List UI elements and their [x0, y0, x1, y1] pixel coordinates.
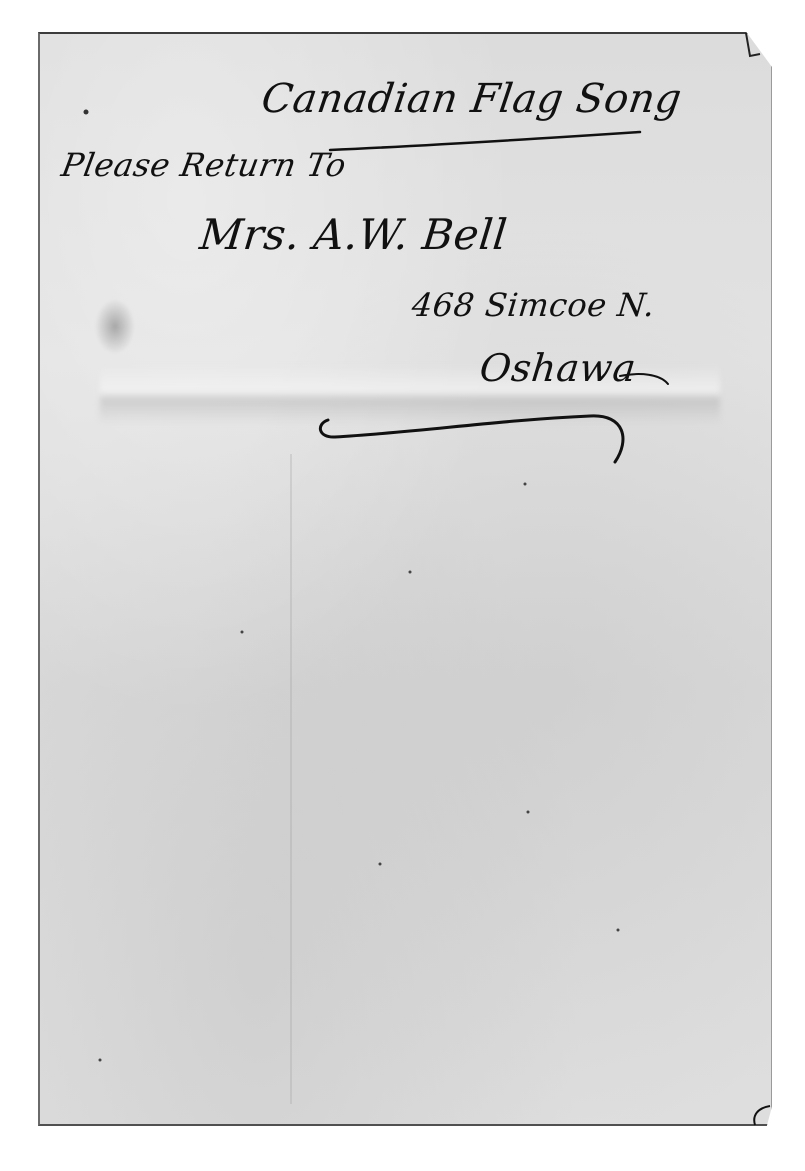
document-title: Canadian Flag Song [259, 76, 685, 122]
recipient-street: 468 Simcoe N. [410, 286, 657, 324]
paper-fold-line [290, 454, 292, 1104]
paper-sheet [38, 32, 772, 1126]
return-label: Please Return To [59, 146, 350, 184]
recipient-name: Mrs. A.W. Bell [197, 210, 509, 259]
ink-stain [95, 299, 135, 354]
recipient-city: Oshawa [478, 346, 639, 390]
